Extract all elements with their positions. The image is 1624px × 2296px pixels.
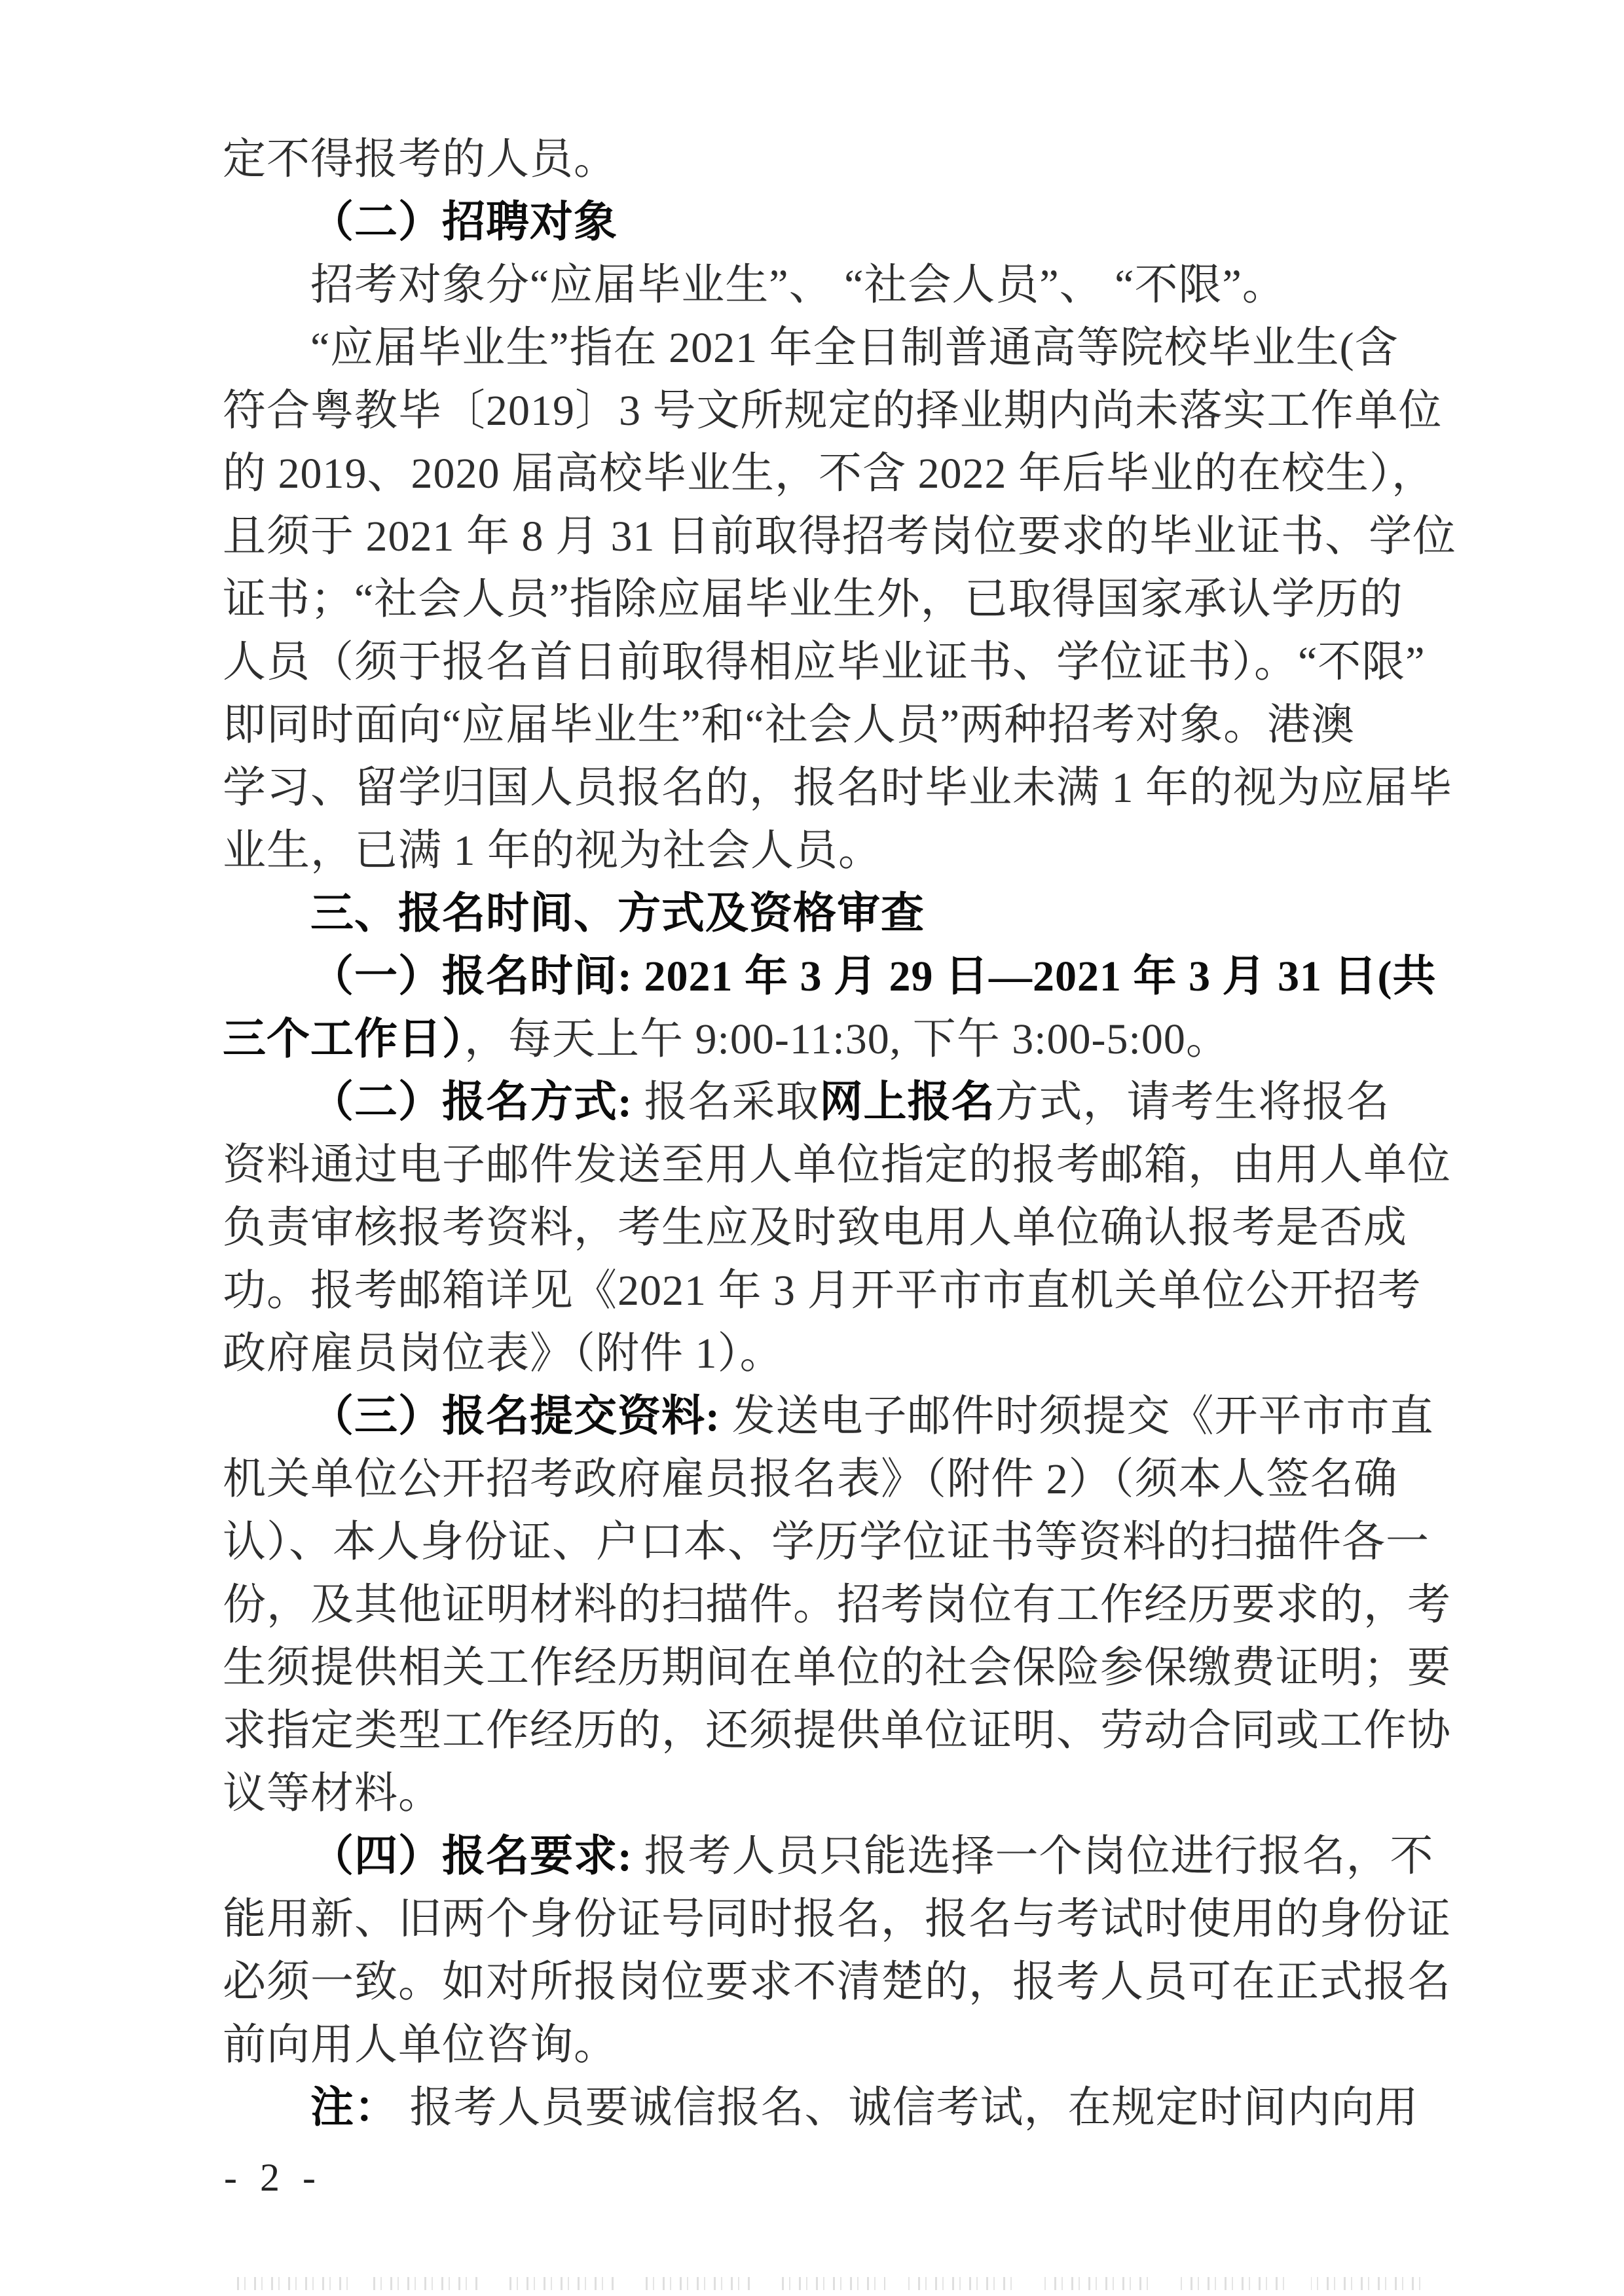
text-line: 必须一致。如对所报岗位要求不清楚的，报考人员可在正式报名 [223,1951,1434,2014]
text-line: 份，及其他证明材料的扫描件。招考岗位有工作经历要求的，考 [223,1574,1434,1637]
text-segment: 议等材料。 [223,1770,442,1817]
text-segment: 政府雇员岗位表》（附件 1）。 [223,1330,784,1377]
text-segment: 求指定类型工作经历的，还须提供单位证明、劳动合同或工作协 [223,1707,1451,1755]
text-line: （三）报名提交资料: 发送电子邮件时须提交《开平市市直 [223,1385,1434,1448]
text-line: （二）报名方式: 报名采取网上报名方式，请考生将报名 [223,1071,1434,1134]
text-line: 注： 报考人员要诚信报名、诚信考试，在规定时间内向用 [223,2077,1434,2140]
text-segment: 份，及其他证明材料的扫描件。招考岗位有工作经历要求的，考 [223,1581,1451,1629]
bold-text-segment: 三个工作日） [223,1015,464,1063]
text-segment: 方式，请考生将报名 [995,1078,1390,1126]
text-line: （一）报名时间: 2021 年 3 月 29 日—2021 年 3 月 31 日… [223,945,1434,1008]
text-line: 议等材料。 [223,1762,1434,1825]
text-line: 且须于 2021 年 8 月 31 日前取得招考岗位要求的毕业证书、学位 [223,505,1434,568]
bold-text-segment: 注： [310,2084,410,2132]
text-line: 前向用人单位咨询。 [223,2014,1434,2077]
text-line: 生须提供相关工作经历期间在单位的社会保险参保缴费证明；要 [223,1637,1434,1700]
text-line: 招考对象分“应届毕业生”、 “社会人员”、 “不限”。 [223,254,1434,317]
text-segment: ，每天上午 9:00-11:30, 下午 3:00-5:00。 [464,1015,1230,1063]
text-segment: 且须于 2021 年 8 月 31 日前取得招考岗位要求的毕业证书、学位 [223,513,1456,560]
page-edge-artifact [237,2277,1435,2290]
text-segment: “应届毕业生”指在 2021 年全日制普通高等院校毕业生(含 [310,324,1399,372]
text-segment: 报考人员只能选择一个岗位进行报名，不 [644,1832,1433,1880]
bold-text-segment: （三）报名提交资料: [310,1393,731,1440]
text-line: 机关单位公开招考政府雇员报名表》（附件 2）（须本人签名确 [223,1448,1434,1511]
document-body: 定不得报考的人员。（二）招聘对象招考对象分“应届毕业生”、 “社会人员”、 “不… [223,128,1434,2140]
text-line: 认）、本人身份证、户口本、学历学位证书等资料的扫描件各一 [223,1511,1434,1574]
text-segment: 学习、留学归国人员报名的，报名时毕业未满 1 年的视为应届毕 [223,764,1452,812]
text-line: 人员（须于报名首日前取得相应毕业证书、学位证书）。“不限” [223,631,1434,694]
text-segment: 发送电子邮件时须提交《开平市市直 [731,1393,1433,1440]
text-segment: 生须提供相关工作经历期间在单位的社会保险参保缴费证明；要 [223,1644,1451,1692]
text-segment: 招考对象分“应届毕业生”、 “社会人员”、 “不限”。 [310,261,1286,309]
text-segment: 必须一致。如对所报岗位要求不清楚的，报考人员可在正式报名 [223,1958,1451,2006]
text-line: 符合粤教毕〔2019〕3 号文所规定的择业期内尚未落实工作单位 [223,380,1434,443]
bold-text-segment: （一）报名时间: 2021 年 3 月 29 日—2021 年 3 月 31 日… [310,953,1436,1000]
text-segment: 人员（须于报名首日前取得相应毕业证书、学位证书）。“不限” [223,638,1426,686]
text-segment: 报名采取 [644,1078,819,1126]
text-line: “应届毕业生”指在 2021 年全日制普通高等院校毕业生(含 [223,317,1434,380]
text-line: 业生，已满 1 年的视为社会人员。 [223,820,1434,883]
text-segment: 证书；“社会人员”指除应届毕业生外，已取得国家承认学历的 [223,575,1403,623]
bold-text-segment: （四）报名要求: [310,1832,644,1880]
text-line: 证书；“社会人员”指除应届毕业生外，已取得国家承认学历的 [223,568,1434,631]
text-line: 功。报考邮箱详见《2021 年 3 月开平市市直机关单位公开招考 [223,1260,1434,1322]
text-segment: 业生，已满 1 年的视为社会人员。 [223,827,882,875]
text-line: 的 2019、2020 届高校毕业生，不含 2022 年后毕业的在校生）， [223,443,1434,505]
text-segment: 机关单位公开招考政府雇员报名表》（附件 2）（须本人签名确 [223,1455,1398,1503]
text-line: （四）报名要求: 报考人员只能选择一个岗位进行报名，不 [223,1825,1434,1888]
text-line: 三、报名时间、方式及资格审查 [223,883,1434,945]
bold-text-segment: 网上报名 [819,1078,995,1126]
text-segment: 符合粤教毕〔2019〕3 号文所规定的择业期内尚未落实工作单位 [223,387,1443,435]
bold-text-segment: 三、报名时间、方式及资格审查 [310,890,925,938]
bold-text-segment: （二）招聘对象 [310,198,618,246]
text-segment: 的 2019、2020 届高校毕业生，不含 2022 年后毕业的在校生）， [223,450,1435,498]
text-line: 三个工作日），每天上午 9:00-11:30, 下午 3:00-5:00。 [223,1008,1434,1071]
text-segment: 定不得报考的人员。 [223,136,618,183]
text-line: 定不得报考的人员。 [223,128,1434,191]
bold-text-segment: （二）报名方式: [310,1078,644,1126]
text-segment: 即同时面向“应届毕业生”和“社会人员”两种招考对象。港澳 [223,701,1355,749]
text-segment: 负责审核报考资料，考生应及时致电用人单位确认报考是否成 [223,1204,1407,1252]
text-line: 能用新、旧两个身份证号同时报名，报名与考试时使用的身份证 [223,1888,1434,1951]
text-line: 资料通过电子邮件发送至用人单位指定的报考邮箱，由用人单位 [223,1134,1434,1197]
text-line: 求指定类型工作经历的，还须提供单位证明、劳动合同或工作协 [223,1700,1434,1762]
text-segment: 前向用人单位咨询。 [223,2021,618,2069]
text-segment: 报考人员要诚信报名、诚信考试，在规定时间内向用 [410,2084,1419,2132]
text-line: 即同时面向“应届毕业生”和“社会人员”两种招考对象。港澳 [223,694,1434,757]
text-segment: 功。报考邮箱详见《2021 年 3 月开平市市直机关单位公开招考 [223,1267,1422,1315]
document-page: 定不得报考的人员。（二）招聘对象招考对象分“应届毕业生”、 “社会人员”、 “不… [0,0,1624,2296]
text-line: 负责审核报考资料，考生应及时致电用人单位确认报考是否成 [223,1197,1434,1260]
text-line: （二）招聘对象 [223,191,1434,254]
text-segment: 能用新、旧两个身份证号同时报名，报名与考试时使用的身份证 [223,1895,1451,1943]
text-line: 政府雇员岗位表》（附件 1）。 [223,1322,1434,1385]
text-segment: 资料通过电子邮件发送至用人单位指定的报考邮箱，由用人单位 [223,1141,1451,1189]
page-number: - 2 - [224,2155,322,2200]
text-segment: 认）、本人身份证、户口本、学历学位证书等资料的扫描件各一 [223,1518,1430,1566]
text-line: 学习、留学归国人员报名的，报名时毕业未满 1 年的视为应届毕 [223,757,1434,820]
